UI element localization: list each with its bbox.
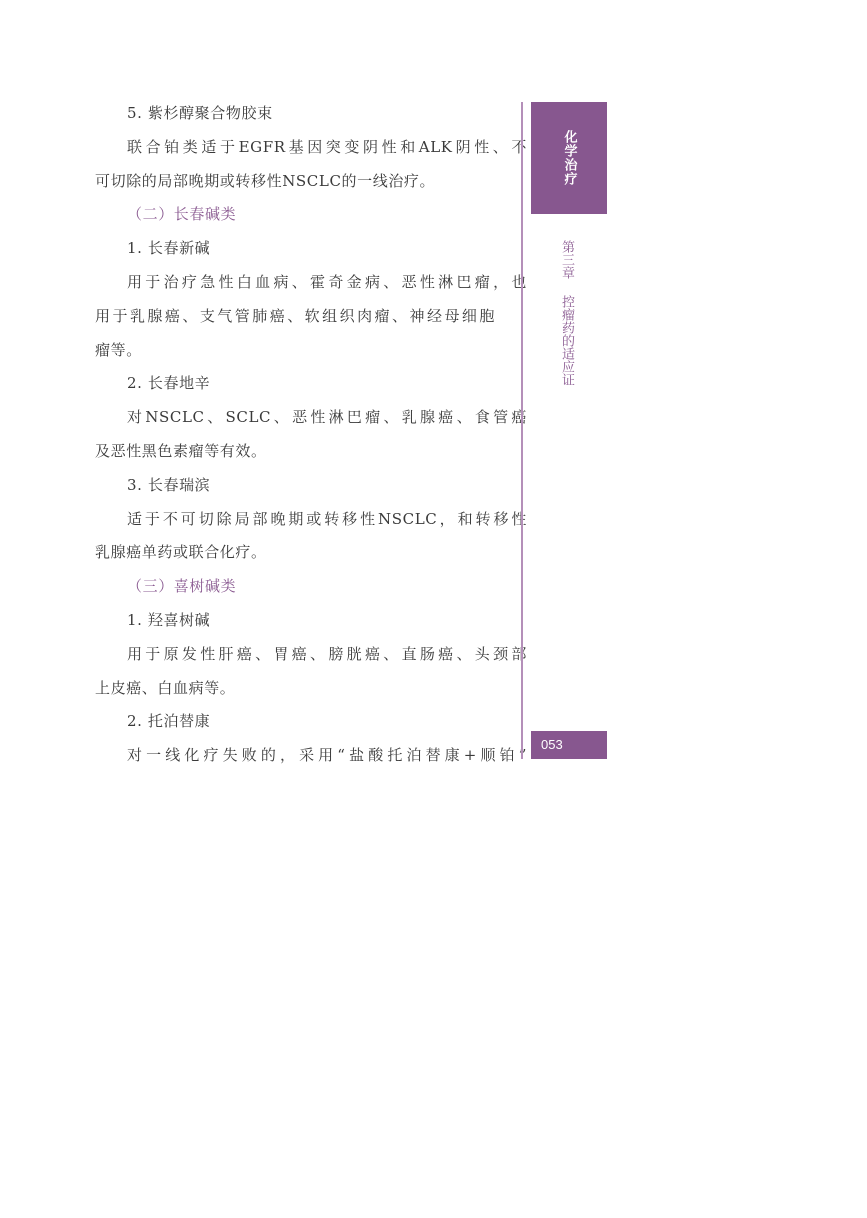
item-title-topotecan: 2. 托泊替康 <box>95 705 495 739</box>
paragraph-line: 用于治疗急性白血病、霍奇金病、恶性淋巴瘤，也 <box>95 266 527 300</box>
section-heading-vinca-alkaloids: （二）长春碱类 <box>95 198 495 232</box>
paragraph-line: 及恶性黑色素瘤等有效。 <box>95 435 495 469</box>
paragraph-line: 对NSCLC、SCLC、恶性淋巴瘤、乳腺癌、食管癌 <box>95 401 527 435</box>
item-title-hydroxycamptothecin: 1. 羟喜树碱 <box>95 604 495 638</box>
chapter-title: 控瘤药的适应证 <box>559 295 574 386</box>
paragraph-line: 对一线化疗失败的，采用“盐酸托泊替康+顺铂” <box>95 739 527 773</box>
page-body: 5. 紫杉醇聚合物胶束 联合铂类适于EGFR基因突变阴性和ALK阴性、不 可切除… <box>95 97 495 773</box>
item-title-paclitaxel-micelle: 5. 紫杉醇聚合物胶束 <box>95 97 495 131</box>
chapter-running-head: 第三章控瘤药的适应证 <box>553 240 573 386</box>
page-number: 053 <box>531 731 607 759</box>
paragraph-line: 瘤等。 <box>95 334 495 368</box>
paragraph-line: 联合铂类适于EGFR基因突变阴性和ALK阴性、不 <box>95 131 527 165</box>
section-tab: 化学治疗 <box>531 102 607 214</box>
chapter-number: 第三章 <box>559 240 574 279</box>
paragraph-line: 上皮癌、白血病等。 <box>95 672 495 706</box>
item-title-vindesine: 2. 长春地辛 <box>95 367 495 401</box>
item-title-vinorelbine: 3. 长春瑞滨 <box>95 469 495 503</box>
paragraph-line: 用于原发性肝癌、胃癌、膀胱癌、直肠癌、头颈部 <box>95 638 527 672</box>
section-heading-camptothecins: （三）喜树碱类 <box>95 570 495 604</box>
paragraph-line: 乳腺癌单药或联合化疗。 <box>95 536 495 570</box>
item-title-vincristine: 1. 长春新碱 <box>95 232 495 266</box>
section-tab-label: 化学治疗 <box>563 130 576 186</box>
paragraph-line: 适于不可切除局部晚期或转移性NSCLC，和转移性 <box>95 503 527 537</box>
paragraph-line: 用于乳腺癌、支气管肺癌、软组织肉瘤、神经母细胞 <box>95 300 495 334</box>
paragraph-line: 可切除的局部晚期或转移性NSCLC的一线治疗。 <box>95 165 495 199</box>
margin-divider-rule <box>521 102 523 759</box>
